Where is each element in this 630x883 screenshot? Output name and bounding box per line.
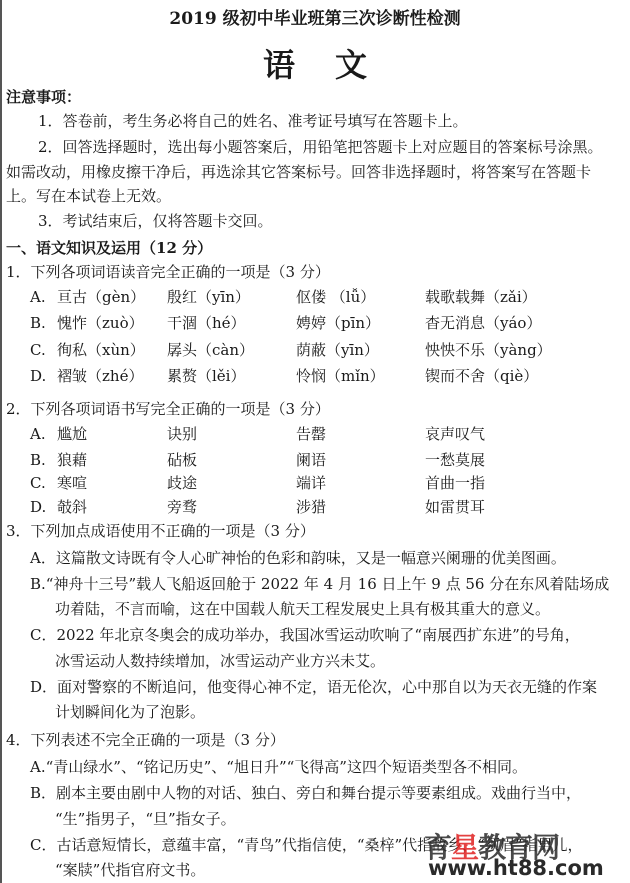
question-3-stem: 3．下列加点成语使用不正确的一项是（3 分）	[6, 521, 315, 541]
option-item: 尴尬	[57, 424, 87, 444]
option-item: 攲斜	[57, 497, 87, 517]
watermark-url: www.ht88.com	[428, 856, 604, 880]
option-item: 娉婷（pīn）	[296, 313, 380, 333]
notice-item-3: 3．考试结束后，仅将答题卡交回。	[38, 211, 273, 231]
notice-item-1: 1．答卷前，考生务必将自己的姓名、准考证号填写在答题卡上。	[38, 111, 468, 131]
option-item: 寒喧	[57, 473, 87, 493]
option-item: 砧板	[167, 450, 197, 470]
option-item: 锲而不舍（qiè）	[425, 366, 538, 386]
notice-heading: 注意事项：	[6, 87, 81, 107]
question-4-option-b-line-1: B．剧本主要由剧中人物的对话、独白、旁白和舞台提示等要素组成。戏曲行当中，	[30, 783, 581, 803]
option-item: 如雷贯耳	[425, 497, 485, 517]
question-3-option-d-line-2: 计划瞬间化为了泡影。	[55, 702, 205, 722]
question-3-option-c-line-1: C．2022 年北京冬奥会的成功举办，我国冰雪运动吹响了“南展西扩东进”的号角，	[30, 625, 580, 645]
question-1-stem: 1．下列各项词语读音完全正确的一项是（3 分）	[6, 262, 330, 282]
question-4-option-a: A.“青山绿水”、“铭记历史”、“旭日升”“飞得高”这四个短语类型各不相同。	[30, 757, 527, 777]
option-label: A.	[30, 424, 46, 444]
question-3-option-d-line-1: D．面对警察的不断追问，他变得心神不定，语无伦次，心中那自以为天衣无缝的作案	[30, 677, 597, 697]
page-left-edge	[0, 0, 2, 883]
option-item: 阑语	[296, 450, 326, 470]
option-item: 旁骛	[167, 497, 197, 517]
option-item: 愧怍（zuò）	[57, 313, 144, 333]
option-item: 徇私（xùn）	[57, 340, 145, 360]
subject-title: 语文	[0, 40, 630, 86]
option-label: C.	[30, 473, 46, 493]
option-item: 殷红（yīn）	[167, 287, 250, 307]
option-item: 孱头（càn）	[167, 340, 254, 360]
option-item: 涉猎	[296, 497, 326, 517]
question-3-option-a: A．这篇散文诗既有令人心旷神怡的色彩和韵味，又是一幅意兴阑珊的优美图画。	[30, 548, 566, 568]
option-item: 累赘（lěi）	[167, 366, 245, 386]
option-item: 载歌载舞（zǎi）	[425, 287, 537, 307]
question-4-option-b-line-2: “生”指男子，“旦”指女子。	[55, 809, 236, 829]
exam-title: 2019 级初中毕业班第三次诊断性检测	[0, 4, 630, 29]
option-item: 干涸（hé）	[167, 313, 246, 333]
question-3-option-b-line-2: 功着陆，不言而喻，这在中国载人航天工程发展史上具有极其重大的意义。	[55, 599, 550, 619]
site-watermark: 育星教育网 www.ht88.com	[424, 826, 630, 883]
option-item: 一愁莫展	[425, 450, 485, 470]
option-label: C.	[30, 340, 46, 360]
question-4-option-c-line-2: “案牍”代指官府文书。	[55, 860, 205, 880]
option-item: 怏怏不乐（yàng）	[425, 340, 552, 360]
option-item: 杳无消息（yáo）	[425, 313, 541, 333]
question-2-stem: 2．下列各项词语书写完全正确的一项是（3 分）	[6, 399, 330, 419]
option-item: 告罄	[296, 424, 326, 444]
option-label: D.	[30, 366, 46, 386]
option-label: D.	[30, 497, 46, 517]
notice-item-2-line-3: 上。写在本试卷上无效。	[6, 186, 171, 206]
question-3-option-c-line-2: 冰雪运动人数持续增加，冰雪运动产业方兴未艾。	[55, 651, 385, 671]
option-item: 亘古（gèn）	[57, 287, 145, 307]
option-label: A.	[30, 287, 46, 307]
question-4-stem: 4．下列表述不完全正确的一项是（3 分）	[6, 730, 285, 750]
option-item: 荫蔽（yīn）	[296, 340, 379, 360]
option-item: 首曲一指	[425, 473, 485, 493]
notice-item-2-line-1: 2．回答选择题时，选出每小题答案后，用铅笔把答题卡上对应题目的答案标号涂黑。	[38, 137, 603, 157]
option-item: 狼藉	[57, 450, 87, 470]
option-item: 歧途	[167, 473, 197, 493]
section-1-heading: 一、语文知识及运用（12 分）	[6, 238, 212, 258]
option-item: 诀别	[167, 424, 197, 444]
option-item: 伛偻 （lǚ）	[296, 287, 375, 307]
option-item: 端详	[296, 473, 326, 493]
option-item: 褶皱（zhé）	[57, 366, 143, 386]
option-item: 怜悯（mǐn）	[296, 366, 385, 386]
question-3-option-b-line-1: B.“神舟十三号”载人飞船返回舱于 2022 年 4 月 16 日上午 9 点 …	[30, 574, 609, 594]
option-label: B.	[30, 450, 46, 470]
option-label: B.	[30, 313, 46, 333]
option-item: 哀声叹气	[425, 424, 485, 444]
notice-item-2-line-2: 如需改动，用橡皮擦干净后，再选涂其它答案标号。回答非选择题时，将答案写在答题卡	[6, 162, 591, 182]
